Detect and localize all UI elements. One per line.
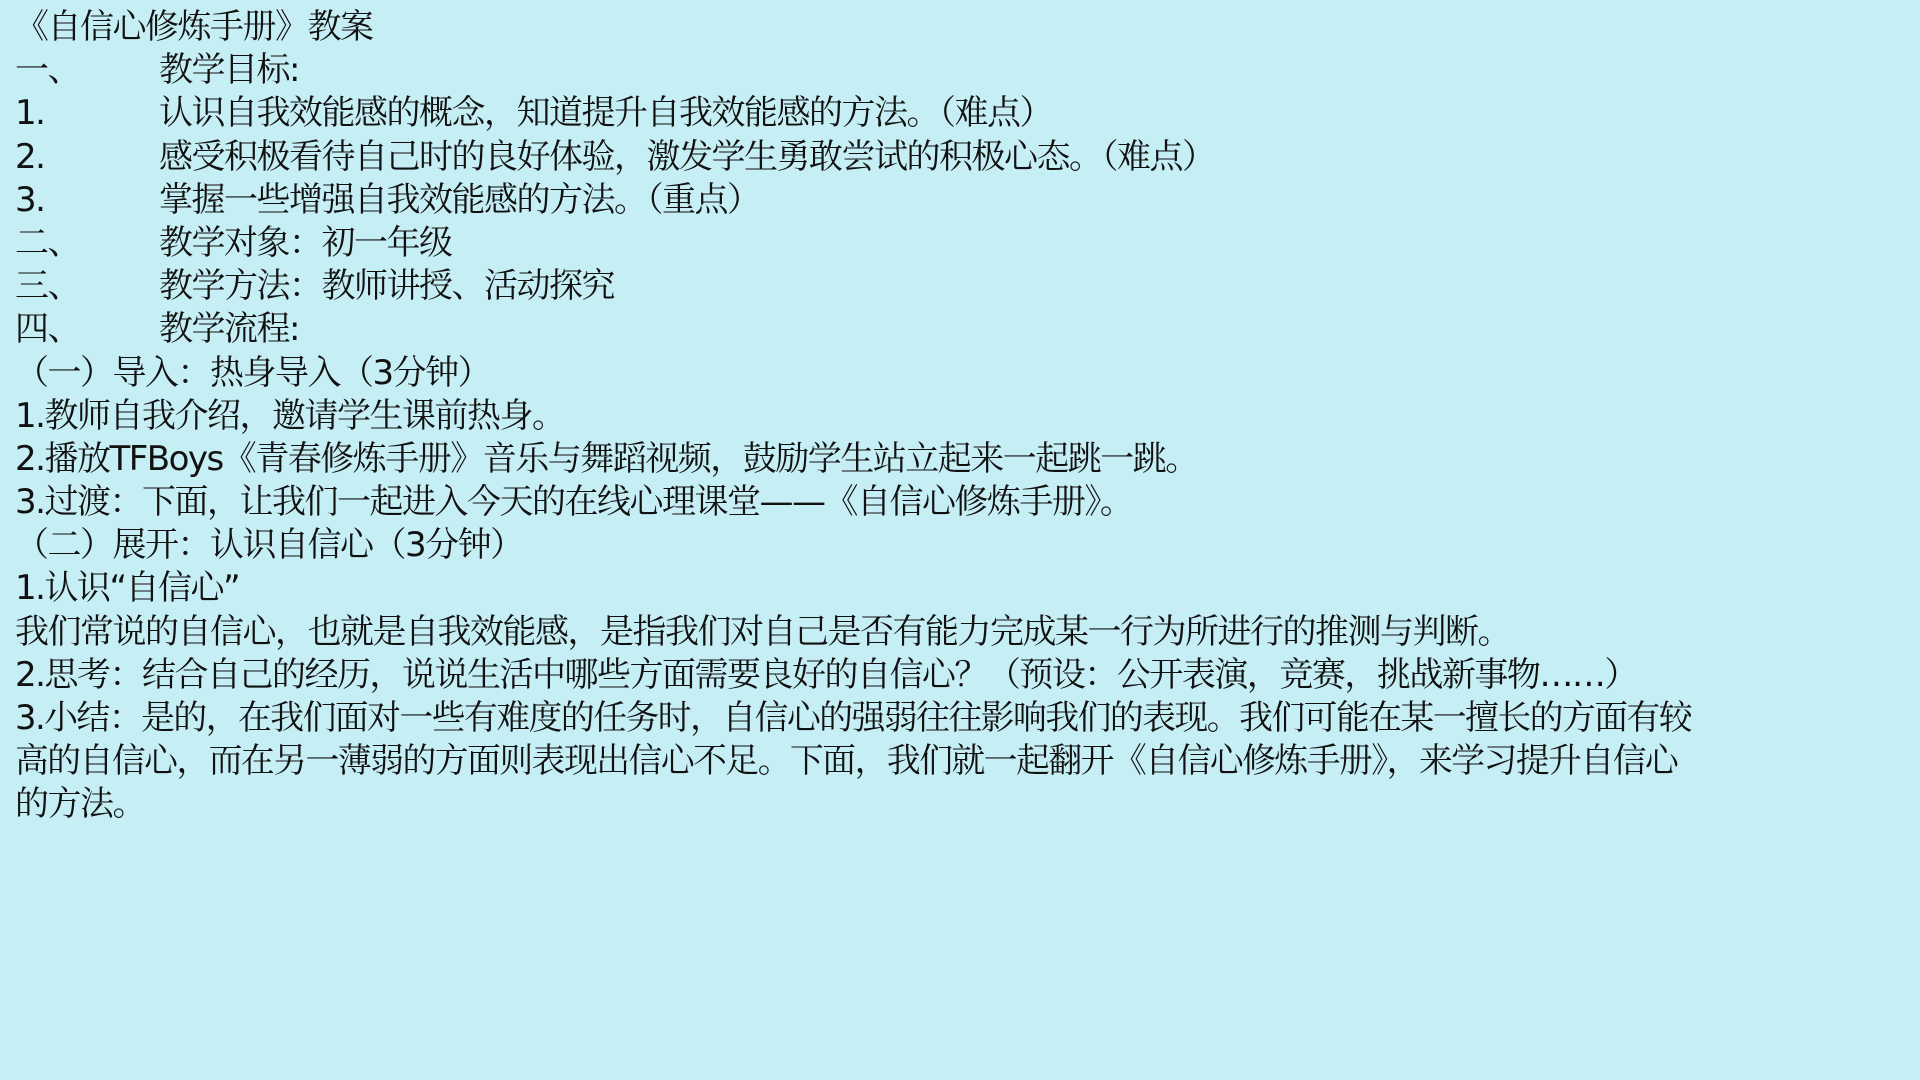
- section-label: 教学对象：初一年级: [159, 223, 452, 263]
- goal-item: 2.感受积极看待自己时的良好体验，激发学生勇敢尝试的积极心态。（难点）: [15, 136, 1895, 179]
- lesson-plan-document: 《自信心修炼手册》教案 一、教学目标: 1.认识自我效能感的概念，知道提升自我效…: [15, 6, 1895, 827]
- goal-text: 掌握一些增强自我效能感的方法。（重点）: [159, 180, 760, 220]
- section-number: 二、: [15, 222, 159, 265]
- part1-item: 1.教师自我介绍，邀请学生课前热身。: [15, 395, 1895, 438]
- section-label: 教学方法：教师讲授、活动探究: [159, 266, 614, 306]
- section-number: 四、: [15, 308, 159, 351]
- section-teaching-method: 三、教学方法：教师讲授、活动探究: [15, 265, 1895, 308]
- section-number: 三、: [15, 265, 159, 308]
- section-teaching-goals: 一、教学目标:: [15, 49, 1895, 92]
- part2-item: 我们常说的自信心，也就是自我效能感，是指我们对自己是否有能力完成某一行为所进行的…: [15, 611, 1895, 654]
- section-teaching-target: 二、教学对象：初一年级: [15, 222, 1895, 265]
- part2-item: 2.思考：结合自己的经历，说说生活中哪些方面需要良好的自信心？（预设：公开表演，…: [15, 654, 1895, 697]
- part1-item: 2.播放TFBoys《青春修炼手册》音乐与舞蹈视频，鼓励学生站立起来一起跳一跳。: [15, 438, 1895, 481]
- section-number: 一、: [15, 49, 159, 92]
- goal-item: 1.认识自我效能感的概念，知道提升自我效能感的方法。（难点）: [15, 92, 1895, 135]
- part1-item: 3.过渡：下面，让我们一起进入今天的在线心理课堂——《自信心修炼手册》。: [15, 481, 1895, 524]
- part2-heading: （二）展开：认识自信心（3分钟）: [15, 524, 1895, 567]
- part2-item: 1.认识“自信心”: [15, 567, 1895, 610]
- goal-number: 3.: [15, 179, 159, 222]
- goal-item: 3.掌握一些增强自我效能感的方法。（重点）: [15, 179, 1895, 222]
- goal-number: 1.: [15, 92, 159, 135]
- section-label: 教学目标:: [159, 50, 299, 90]
- part1-heading: （一）导入：热身导入（3分钟）: [15, 352, 1895, 395]
- part2-item: 3.小结：是的，在我们面对一些有难度的任务时，自信心的强弱往往影响我们的表现。我…: [15, 697, 1883, 740]
- goal-number: 2.: [15, 136, 159, 179]
- section-teaching-process: 四、教学流程:: [15, 308, 1895, 351]
- goal-text: 感受积极看待自己时的良好体验，激发学生勇敢尝试的积极心态。（难点）: [159, 137, 1215, 177]
- part2-item: 高的自信心，而在另一薄弱的方面则表现出信心不足。下面，我们就一起翻开《自信心修炼…: [15, 740, 1883, 783]
- part2-item: 的方法。: [15, 783, 1895, 826]
- goal-text: 认识自我效能感的概念，知道提升自我效能感的方法。（难点）: [159, 93, 1052, 133]
- document-title: 《自信心修炼手册》教案: [15, 6, 1895, 49]
- section-label: 教学流程:: [159, 309, 299, 349]
